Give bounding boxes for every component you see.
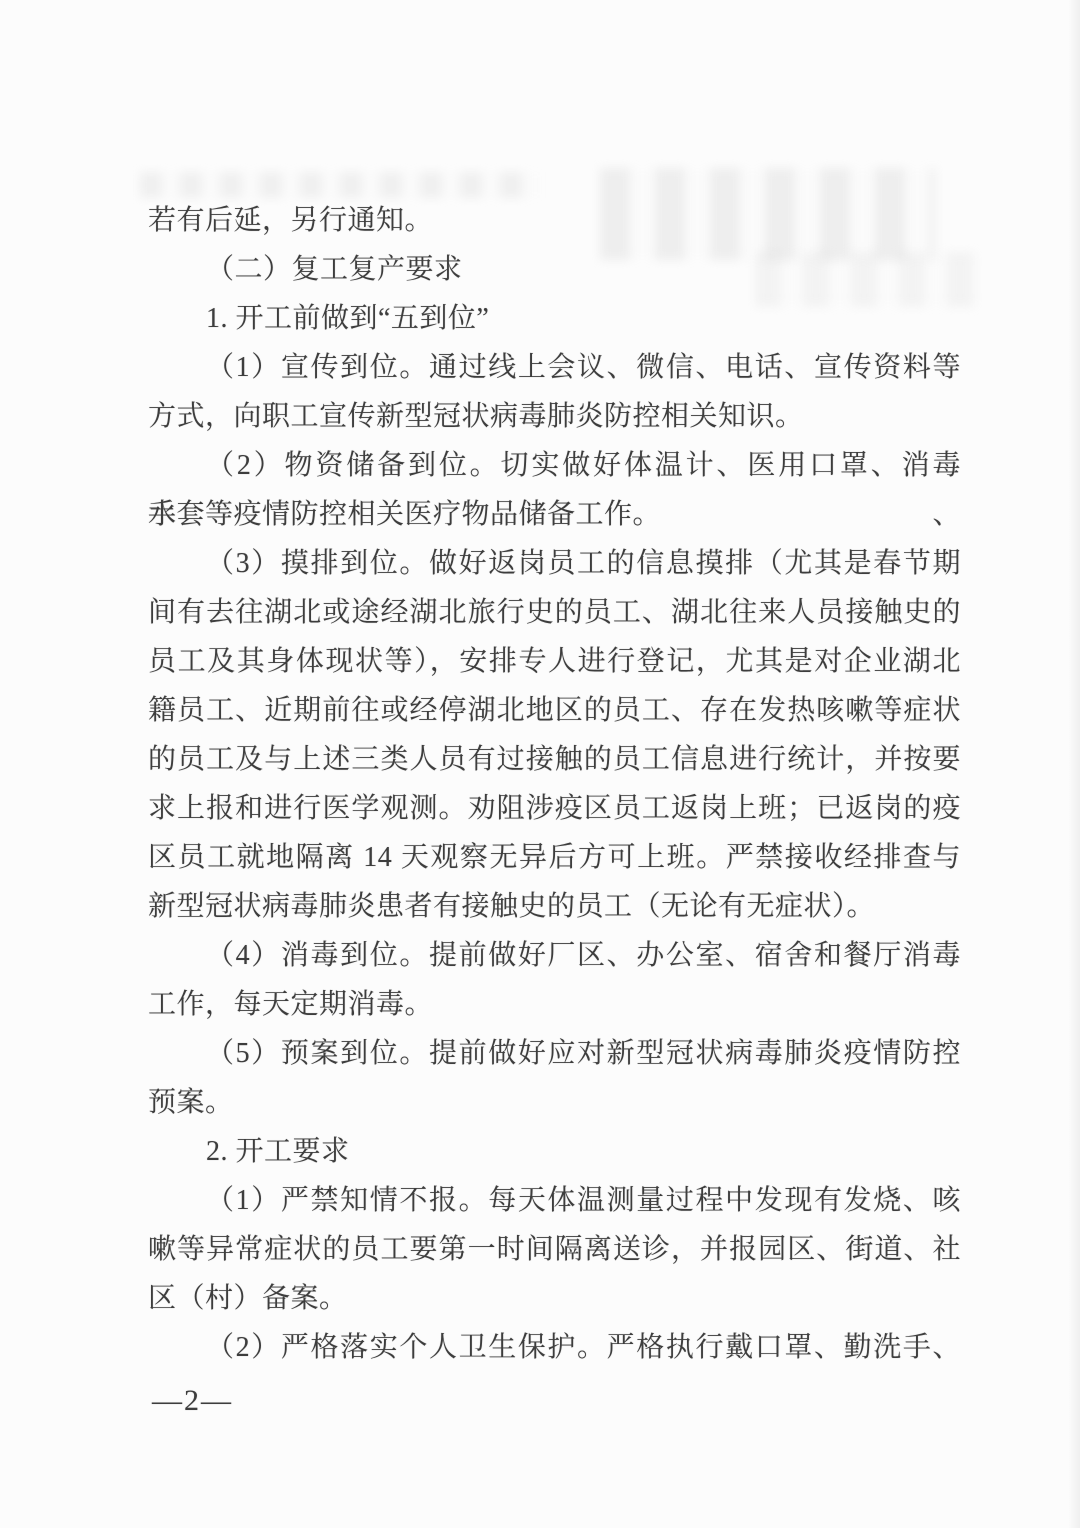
document-page: 若有后延，另行通知。（二）复工复产要求1. 开工前做到“五到位”（1）宣传到位。…: [0, 0, 1080, 1528]
text-line: 区（村）备案。: [148, 1274, 961, 1323]
text-line: 预案。: [148, 1078, 961, 1127]
text-line: （二）复工复产要求: [148, 245, 961, 294]
text-line: 求上报和进行医学观测。劝阻涉疫区员工返岗上班；已返岗的疫: [148, 784, 961, 833]
text-line: （1）严禁知情不报。每天体温测量过程中发现有发烧、咳: [148, 1176, 961, 1225]
bleed-through-artifact: [140, 172, 540, 198]
text-line: （2）严格落实个人卫生保护。严格执行戴口罩、勤洗手、: [148, 1323, 961, 1372]
text-line: 员工及其身体现状等），安排专人进行登记，尤其是对企业湖北: [148, 637, 961, 686]
text-line: 籍员工、近期前往或经停湖北地区的员工、存在发热咳嗽等症状: [148, 686, 961, 735]
text-line: 新型冠状病毒肺炎患者有接触史的员工（无论有无症状）。: [148, 882, 961, 931]
text-line: （1）宣传到位。通过线上会议、微信、电话、宣传资料等: [148, 343, 961, 392]
text-line: （4）消毒到位。提前做好厂区、办公室、宿舍和餐厅消毒: [148, 931, 961, 980]
page-number: —2—: [152, 1380, 233, 1422]
document-body: 若有后延，另行通知。（二）复工复产要求1. 开工前做到“五到位”（1）宣传到位。…: [148, 196, 961, 1372]
text-line: 若有后延，另行通知。: [148, 196, 961, 245]
text-line: （3）摸排到位。做好返岗员工的信息摸排（尤其是春节期: [148, 539, 961, 588]
text-line: 方式，向职工宣传新型冠状病毒肺炎防控相关知识。: [148, 392, 961, 441]
text-line: （2）物资储备到位。切实做好体温计、医用口罩、消毒水、: [148, 441, 961, 490]
text-line: 工作，每天定期消毒。: [148, 980, 961, 1029]
text-line: （5）预案到位。提前做好应对新型冠状病毒肺炎疫情防控: [148, 1029, 961, 1078]
scan-edge-shadow: [1068, 0, 1080, 1528]
text-line: 间有去往湖北或途经湖北旅行史的员工、湖北往来人员接触史的: [148, 588, 961, 637]
text-line: 2. 开工要求: [148, 1127, 961, 1176]
text-line: 1. 开工前做到“五到位”: [148, 294, 961, 343]
text-line: 区员工就地隔离 14 天观察无异后方可上班。严禁接收经排查与: [148, 833, 961, 882]
text-line: 嗽等异常症状的员工要第一时间隔离送诊，并报园区、街道、社: [148, 1225, 961, 1274]
text-line: 的员工及与上述三类人员有过接触的员工信息进行统计，并按要: [148, 735, 961, 784]
